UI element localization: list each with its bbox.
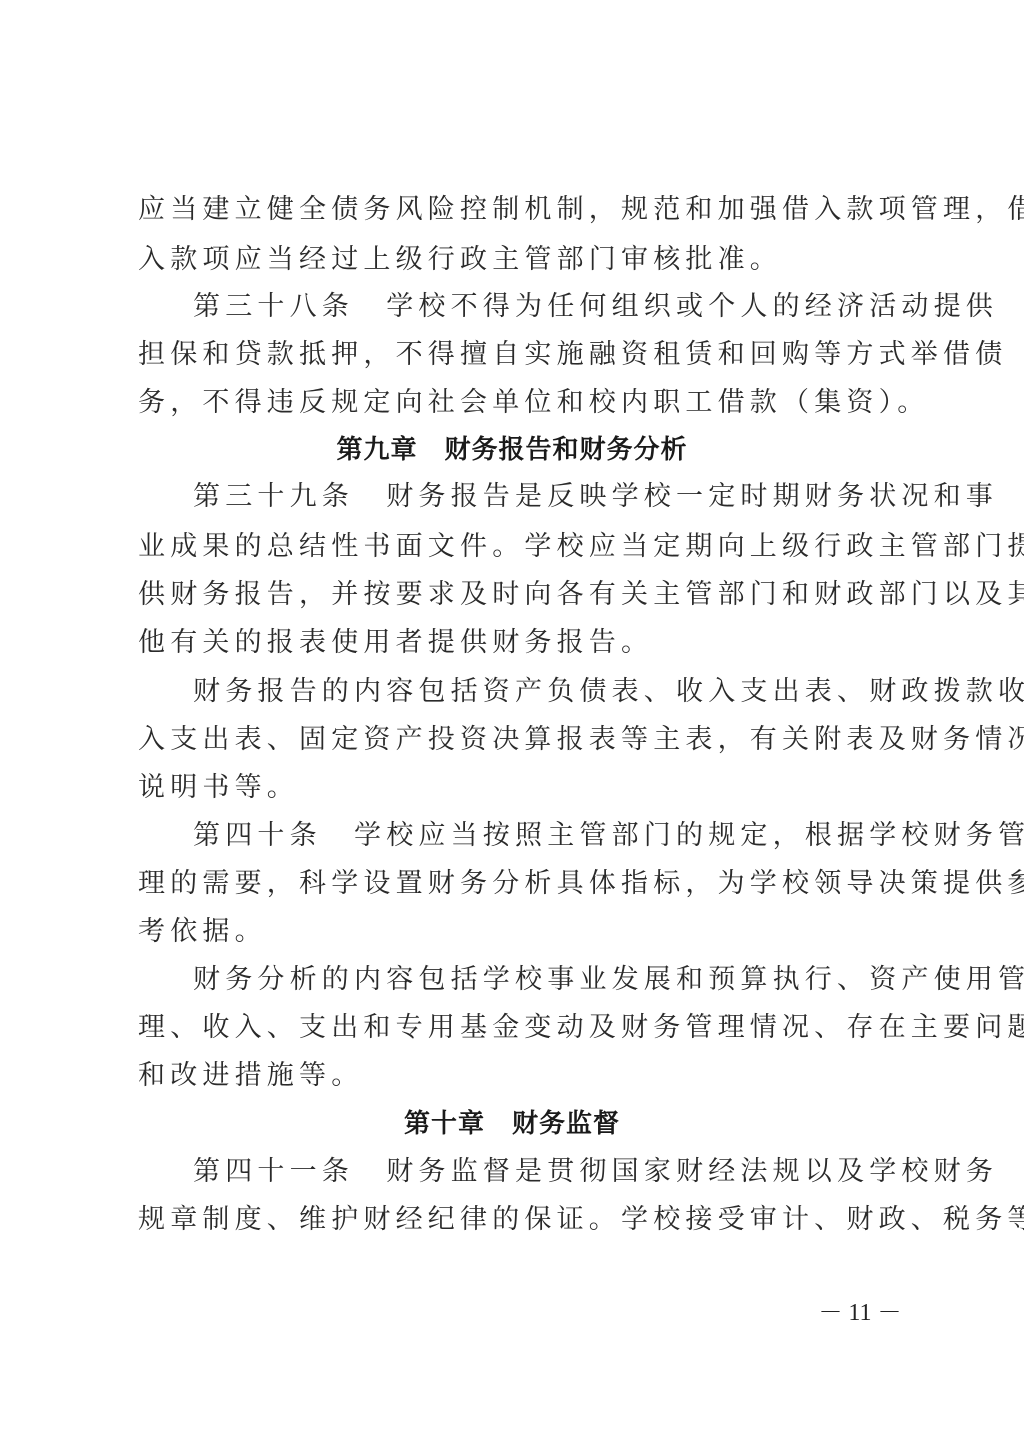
article-41-line: 规章制度、维护财经纪律的保证。学校接受审计、财政、税务等 bbox=[138, 1200, 898, 1240]
article-41-line: 第四十一条 财务监督是贯彻国家财经法规以及学校财务 bbox=[193, 1152, 898, 1192]
paragraph-line: 和改进措施等。 bbox=[138, 1056, 898, 1096]
article-40-line: 考依据。 bbox=[138, 912, 898, 952]
paragraph-line: 理、收入、支出和专用基金变动及财务管理情况、存在主要问题 bbox=[138, 1008, 898, 1048]
article-39-line: 他有关的报表使用者提供财务报告。 bbox=[138, 623, 898, 663]
paragraph-line: 入支出表、固定资产投资决算报表等主表，有关附表及财务情况 bbox=[138, 720, 898, 760]
paragraph-line: 应当建立健全债务风险控制机制，规范和加强借入款项管理，借 bbox=[138, 190, 898, 230]
document-page: 应当建立健全债务风险控制机制，规范和加强借入款项管理，借 入款项应当经过上级行政… bbox=[0, 0, 1024, 1448]
article-38-line: 第三十八条 学校不得为任何组织或个人的经济活动提供 bbox=[193, 287, 898, 327]
paragraph-line: 财务分析的内容包括学校事业发展和预算执行、资产使用管 bbox=[193, 960, 898, 1000]
article-40-line: 理的需要，科学设置财务分析具体指标，为学校领导决策提供参 bbox=[138, 864, 898, 904]
page-number: － 11 － bbox=[815, 1292, 905, 1327]
paragraph-line: 入款项应当经过上级行政主管部门审核批准。 bbox=[138, 240, 898, 280]
article-40-line: 第四十条 学校应当按照主管部门的规定，根据学校财务管 bbox=[193, 816, 898, 856]
article-38-line: 务，不得违反规定向社会单位和校内职工借款（集资）。 bbox=[138, 383, 898, 423]
article-39-line: 第三十九条 财务报告是反映学校一定时期财务状况和事 bbox=[193, 477, 898, 517]
article-39-line: 供财务报告，并按要求及时向各有关主管部门和财政部门以及其 bbox=[138, 575, 898, 615]
chapter-10-heading: 第十章 财务监督 bbox=[0, 1104, 1024, 1144]
paragraph-line: 财务报告的内容包括资产负债表、收入支出表、财政拨款收 bbox=[193, 672, 898, 712]
article-39-line: 业成果的总结性书面文件。学校应当定期向上级行政主管部门提 bbox=[138, 527, 898, 567]
article-38-line: 担保和贷款抵押，不得擅自实施融资租赁和回购等方式举借债 bbox=[138, 335, 898, 375]
paragraph-line: 说明书等。 bbox=[138, 768, 898, 808]
chapter-9-heading: 第九章 财务报告和财务分析 bbox=[0, 430, 1024, 470]
